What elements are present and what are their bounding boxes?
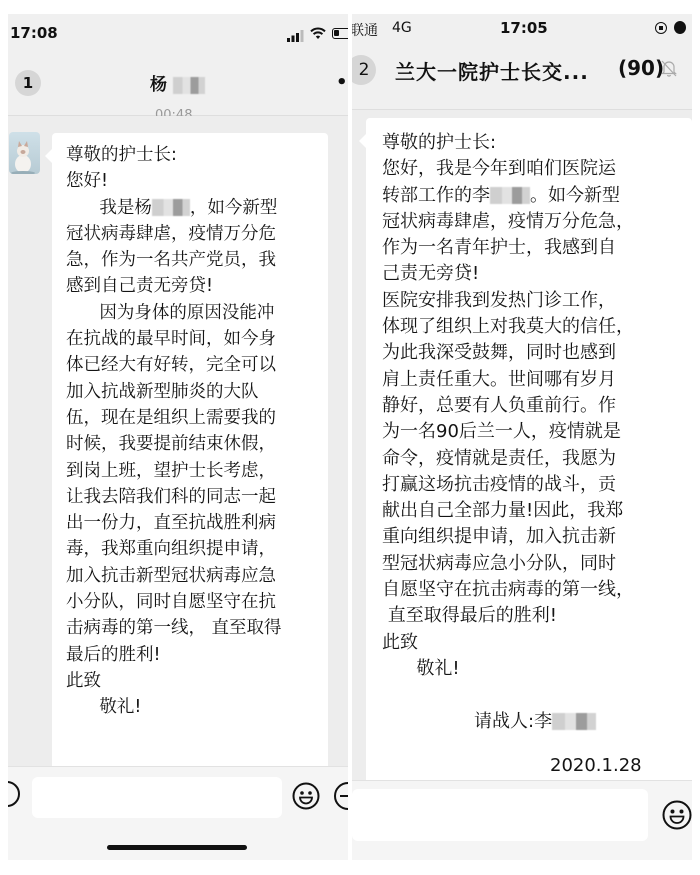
plus-button[interactable] bbox=[334, 782, 348, 810]
chat-header: 1 杨 •• 00:48 bbox=[8, 48, 348, 116]
chat-header: 2 兰大一院护士长交... (90) bbox=[352, 44, 692, 110]
message-line: 此致 bbox=[382, 630, 692, 656]
status-bar: 17:08 bbox=[8, 14, 348, 48]
redacted-name bbox=[152, 199, 190, 216]
blank-line bbox=[382, 682, 692, 708]
chat-title-text: 杨 bbox=[150, 75, 167, 95]
home-indicator bbox=[107, 845, 247, 850]
message-line: 转部工作的李。如今新型 bbox=[382, 183, 692, 209]
more-options-button[interactable]: •• bbox=[336, 72, 348, 93]
message-line: 尊敬的护士长: bbox=[66, 142, 328, 168]
status-time: 17:08 bbox=[10, 24, 58, 42]
message-line: 感到自己责无旁贷! bbox=[66, 273, 328, 299]
right-phone-screenshot: 联通 4G 17:05 2 兰大一院护士长交... (90) 尊敬的护士长: 您… bbox=[352, 14, 692, 860]
message-line: 加入抗击新型冠状病毒应急 bbox=[66, 563, 328, 589]
message-line: 您好，我是今年到咱们医院运 bbox=[382, 156, 692, 182]
back-button-unread-badge[interactable]: 1 bbox=[15, 70, 41, 96]
message-line: 敬礼! bbox=[66, 694, 328, 720]
message-line: 冠状病毒肆虐，疫情万分危急， bbox=[382, 209, 692, 235]
message-line: 您好! bbox=[66, 168, 328, 194]
message-line: 静好，总要有人负重前行。作 bbox=[382, 393, 692, 419]
message-input[interactable] bbox=[352, 789, 648, 841]
message-line: 直至取得最后的胜利! bbox=[382, 603, 692, 629]
signature-text: 请战人:李 bbox=[474, 711, 552, 732]
redacted-name bbox=[173, 77, 205, 94]
message-line: 时候，我要提前结束休假， bbox=[66, 431, 328, 457]
emoji-button[interactable] bbox=[292, 782, 320, 810]
message-line: 加入抗战新型肺炎的大队 bbox=[66, 379, 328, 405]
status-time: 17:05 bbox=[500, 19, 548, 37]
message-input[interactable] bbox=[32, 777, 282, 818]
message-bubble[interactable]: 尊敬的护士长: 您好! 我是杨，如今新型 冠状病毒肆虐，疫情万分危 急，作为一名… bbox=[52, 133, 328, 773]
message-line: 在抗战的最早时间，如今身 bbox=[66, 326, 328, 352]
message-line: 敬礼! bbox=[382, 656, 692, 682]
emoji-icon bbox=[292, 782, 320, 810]
left-phone-screenshot: 17:08 1 杨 •• bbox=[8, 14, 348, 860]
message-line: 为一名90后兰一人，疫情就是 bbox=[382, 419, 692, 445]
battery-icon bbox=[332, 28, 348, 39]
message-line: 自愿坚守在抗击病毒的第一线， bbox=[382, 577, 692, 603]
message-line: 此致 bbox=[66, 668, 328, 694]
message-line: 击病毒的第一线， 直至取得 bbox=[66, 615, 328, 641]
message-line: 肩上责任重大。世间哪有岁月 bbox=[382, 367, 692, 393]
bell-muted-icon bbox=[661, 59, 677, 77]
message-line: 己责无旁贷! bbox=[382, 261, 692, 287]
message-line: 伍，现在是组织上需要我的 bbox=[66, 405, 328, 431]
emoji-icon bbox=[662, 800, 692, 830]
rotation-lock-icon bbox=[655, 22, 667, 34]
message-line: 体现了组织上对我莫大的信任， bbox=[382, 314, 692, 340]
message-line: 重向组织提申请，加入抗击新 bbox=[382, 524, 692, 550]
message-text: 。如今新型 bbox=[530, 185, 620, 206]
message-line: 我是杨，如今新型 bbox=[66, 195, 328, 221]
message-line: 急，作为一名共产党员，我 bbox=[66, 247, 328, 273]
emoji-button[interactable] bbox=[662, 800, 692, 830]
message-text: 转部工作的李 bbox=[382, 185, 490, 206]
message-line: 打赢这场抗击疫情的战斗，贡 bbox=[382, 472, 692, 498]
message-text: ，如今新型 bbox=[190, 198, 278, 218]
message-line: 作为一名青年护士，我感到自 bbox=[382, 235, 692, 261]
chat-input-bar bbox=[352, 780, 692, 860]
chat-title: 杨 bbox=[150, 70, 205, 95]
signature-line: 请战人:李 bbox=[382, 709, 692, 735]
message-line: 最后的胜利! bbox=[66, 642, 328, 668]
message-text: 我是杨 bbox=[66, 198, 152, 218]
carrier-name: 联通 bbox=[352, 20, 378, 40]
status-bar: 联通 4G 17:05 bbox=[352, 14, 692, 44]
ellipsis-icon: •• bbox=[336, 72, 348, 93]
message-line: 尊敬的护士长: bbox=[382, 130, 692, 156]
blank-line bbox=[66, 721, 328, 747]
avatar[interactable] bbox=[9, 132, 40, 174]
message-line: 让我去陪我们科的同志一起 bbox=[66, 484, 328, 510]
redacted-name bbox=[552, 713, 596, 730]
voice-button[interactable] bbox=[8, 781, 20, 807]
message-line: 体已经大有好转，完全可以 bbox=[66, 352, 328, 378]
message-line: 小分队，同时自愿坚守在抗 bbox=[66, 589, 328, 615]
message-line: 到岗上班，望护士长考虑， bbox=[66, 458, 328, 484]
message-line: 毒，我郑重向组织提申请， bbox=[66, 536, 328, 562]
message-line: 命令，疫情就是责任，我愿为 bbox=[382, 446, 692, 472]
network-type: 4G bbox=[392, 20, 412, 36]
cat-avatar-icon bbox=[9, 132, 40, 174]
wifi-icon bbox=[310, 26, 326, 39]
message-line: 冠状病毒肆虐，疫情万分危 bbox=[66, 221, 328, 247]
back-button-unread-badge[interactable]: 2 bbox=[352, 55, 376, 85]
group-chat-title: 兰大一院护士长交... bbox=[395, 56, 589, 85]
signal-icon bbox=[287, 28, 305, 40]
message-line: 出一份力，直至抗战胜利病 bbox=[66, 510, 328, 536]
message-bubble[interactable]: 尊敬的护士长: 您好，我是今年到咱们医院运 转部工作的李。如今新型 冠状病毒肆虐… bbox=[366, 118, 692, 798]
message-line: 献出自己全部力量!因此，我郑 bbox=[382, 498, 692, 524]
alarm-icon bbox=[674, 21, 686, 34]
letter-date: 2020.1.28 bbox=[382, 753, 692, 779]
message-line: 型冠状病毒应急小分队，同时 bbox=[382, 551, 692, 577]
chat-input-bar bbox=[8, 766, 348, 860]
message-line: 因为身体的原因没能冲 bbox=[66, 300, 328, 326]
redacted-name bbox=[490, 187, 530, 204]
message-timestamp-partial: 00:48 bbox=[155, 109, 192, 116]
message-line: 医院安排我到发热门诊工作， bbox=[382, 288, 692, 314]
plus-icon bbox=[340, 795, 348, 797]
blank-line bbox=[382, 735, 692, 753]
member-count: (90) bbox=[618, 56, 664, 80]
message-line: 为此我深受鼓舞，同时也感到 bbox=[382, 340, 692, 366]
